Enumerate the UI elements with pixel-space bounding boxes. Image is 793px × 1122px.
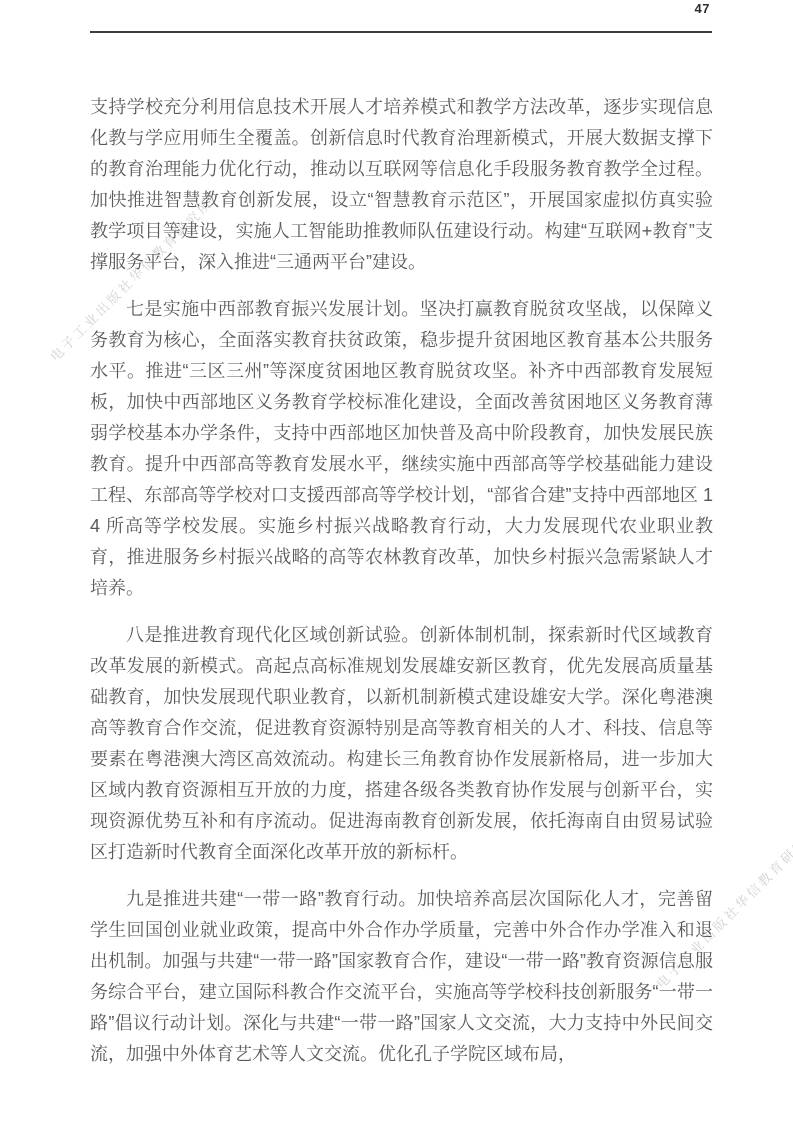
paragraph-item-eight: 八是推进教育现代化区域创新试验。创新体制机制，探索新时代区域教育改革发展的新模式… <box>90 620 713 868</box>
paragraph-item-nine: 九是推进共建“一带一路”教育行动。加快培养高层次国际化人才，完善留学生回国创业就… <box>90 884 713 1070</box>
header-divider <box>90 31 712 33</box>
body-text-column: 支持学校充分利用信息技术开展人才培养模式和教学方法改革，逐步实现信息化教与学应用… <box>90 92 713 1086</box>
document-page: 47 电子工业出版社华信教育研究所 电子工业出版社华信教育研究所 支持学校充分利… <box>0 0 793 1122</box>
page-number: 47 <box>695 1 710 16</box>
paragraph-item-seven: 七是实施中西部教育振兴发展计划。坚决打赢教育脱贫攻坚战，以保障义务教育为核心，全… <box>90 294 713 604</box>
paragraph-continuation: 支持学校充分利用信息技术开展人才培养模式和教学方法改革，逐步实现信息化教与学应用… <box>90 92 713 278</box>
